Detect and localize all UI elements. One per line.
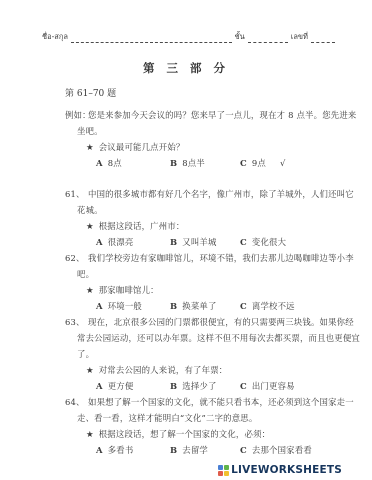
question-prompt-line: ★那家咖啡馆儿： <box>86 282 360 298</box>
example-prompt: 会议最可能几点开始？ <box>99 142 185 152</box>
question-block-64: 64、 如果想了解一个国家的文化，就不能只看书本，还必须到这个国家走一走、看一看… <box>65 394 360 458</box>
student-info-header: ชื่อ-สกุล ชั้น เลขที่ <box>42 30 338 43</box>
option-c[interactable]: C离学校不远 <box>240 298 295 314</box>
star-icon: ★ <box>86 365 94 375</box>
question-text: 我们学校旁边有家咖啡馆儿，环境不错，我们去那儿边喝咖啡边等小李吧。 <box>77 250 360 282</box>
question-prompt: 对常去公园的人来说，有了年票： <box>99 365 228 375</box>
question-text: 中国的很多城市都有好几个名字，像广州市，除了羊城外，人们还叫它花城。 <box>77 186 360 218</box>
option-c[interactable]: C变化很大 <box>240 234 286 250</box>
number-blank-field[interactable] <box>311 33 335 43</box>
liveworksheets-logo-icon <box>218 465 229 476</box>
liveworksheets-brand-link[interactable]: LIVEWORKSHEETS <box>218 464 342 476</box>
question-prompt-line: ★对常去公园的人来说，有了年票： <box>86 362 360 378</box>
section-title: 第 三 部 分 <box>0 60 372 76</box>
question-prompt-line: ★根据这段话，广州市： <box>86 218 360 234</box>
example-option-b: B8点半 <box>170 155 240 171</box>
option-a[interactable]: A环境一般 <box>96 298 170 314</box>
question-number: 64、 <box>65 394 85 410</box>
option-b[interactable]: B又叫羊城 <box>170 234 240 250</box>
question-range: 第 61–70 题 <box>65 86 372 99</box>
option-b[interactable]: B选择少了 <box>170 378 240 394</box>
question-prompt: 根据这段话，想了解一个国家的文化，必须： <box>99 429 271 439</box>
question-block-62: 62、 我们学校旁边有家咖啡馆儿，环境不错，我们去那儿边喝咖啡边等小李吧。 ★那… <box>65 250 360 314</box>
star-icon: ★ <box>86 142 94 152</box>
question-number: 63、 <box>65 314 85 330</box>
star-icon: ★ <box>86 285 94 295</box>
example-text: 您是来参加今天会议的吗？您来早了一点儿，现在才 8 点半。您先进来坐吧。 <box>77 107 360 139</box>
option-b[interactable]: B去留学 <box>170 442 240 458</box>
example-options: A8点 B8点半 C9点√ <box>96 155 360 171</box>
example-prefix: 例如： <box>65 107 91 123</box>
example-prompt-line: ★会议最可能几点开始？ <box>86 139 360 155</box>
question-prompt-line: ★根据这段话，想了解一个国家的文化，必须： <box>86 426 360 442</box>
name-blank-field[interactable] <box>71 33 232 43</box>
checkmark-icon: √ <box>280 158 286 168</box>
option-a[interactable]: A多看书 <box>96 442 170 458</box>
number-label: เลขที่ <box>291 31 308 43</box>
option-c[interactable]: C去那个国家看看 <box>240 442 312 458</box>
question-options: A很漂亮 B又叫羊城 C变化很大 <box>96 234 360 250</box>
question-options: A环境一般 B换菜单了 C离学校不远 <box>96 298 360 314</box>
option-b[interactable]: B换菜单了 <box>170 298 240 314</box>
question-block-63: 63、 现在，北京很多公园的门票都很便宜，有的只需要两三块钱。如果你经常去公园运… <box>65 314 360 394</box>
option-c[interactable]: C出门更容易 <box>240 378 295 394</box>
question-block-61: 61、 中国的很多城市都有好几个名字，像广州市，除了羊城外，人们还叫它花城。 ★… <box>65 186 360 250</box>
question-text: 如果想了解一个国家的文化，就不能只看书本，还必须到这个国家走一走、看一看，这样才… <box>77 394 360 426</box>
star-icon: ★ <box>86 221 94 231</box>
example-option-c: C9点√ <box>240 155 286 171</box>
class-blank-field[interactable] <box>248 33 288 43</box>
question-prompt: 根据这段话，广州市： <box>99 221 185 231</box>
option-a[interactable]: A很漂亮 <box>96 234 170 250</box>
option-a[interactable]: A更方便 <box>96 378 170 394</box>
question-options: A多看书 B去留学 C去那个国家看看 <box>96 442 360 458</box>
brand-wordmark: LIVEWORKSHEETS <box>231 464 342 476</box>
question-number: 61、 <box>65 186 85 202</box>
question-prompt: 那家咖啡馆儿： <box>99 285 159 295</box>
question-options: A更方便 B选择少了 C出门更容易 <box>96 378 360 394</box>
example-block: 例如： 您是来参加今天会议的吗？您来早了一点儿，现在才 8 点半。您先进来坐吧。… <box>65 107 360 171</box>
class-label: ชั้น <box>235 31 245 43</box>
question-number: 62、 <box>65 250 85 266</box>
star-icon: ★ <box>86 429 94 439</box>
name-label: ชื่อ-สกุล <box>42 31 68 43</box>
example-option-a: A8点 <box>96 155 170 171</box>
worksheet-body: 第 三 部 分 第 61–70 题 例如： 您是来参加今天会议的吗？您来早了一点… <box>0 60 372 458</box>
question-text: 现在，北京很多公园的门票都很便宜，有的只需要两三块钱。如果你经常去公园运动，还可… <box>77 314 360 362</box>
